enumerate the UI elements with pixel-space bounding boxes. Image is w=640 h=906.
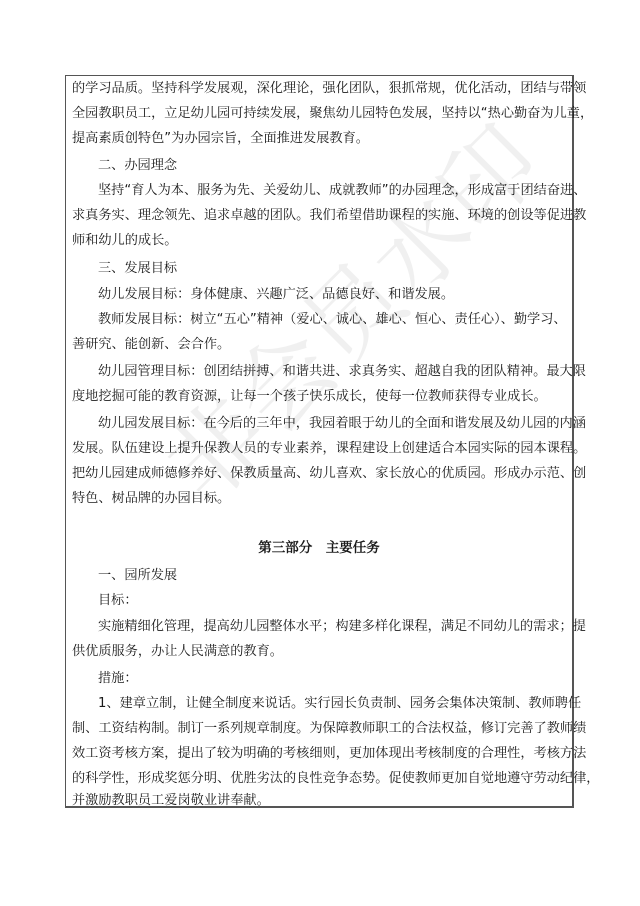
text-line: 求真务实、理念领先、追求卓越的团队。我们希望借助课程的实施、环境的创设等促进教	[72, 203, 586, 228]
text-line: 实施精细化管理，提高幼儿园整体水平；构建多样化课程，满足不同幼儿的需求；提	[98, 614, 586, 639]
text-line: 效工资考核方案，提出了较为明确的考核细则，更加体现出考核制度的合理性，考核方法	[72, 741, 586, 766]
text-line: 善研究、能创新、会合作。	[72, 332, 230, 357]
section-title: 第三部分 主要任务	[66, 536, 572, 561]
text-line: 制、工资结构制。制订一系列规章制度。为保障教师职工的合法权益，修订完善了教师绩	[72, 716, 586, 741]
document-text-box: 的学习品质。坚持科学发展观，深化理论，强化团队，狠抓常规，优化活动，团结与带领 …	[65, 75, 574, 808]
heading-goals: 三、发展目标	[98, 256, 177, 281]
text-line: 提高素质创特色”为办园宗旨，全面推进发展教育。	[72, 126, 369, 151]
text-line: 度地挖掘可能的教育资源，让每一个孩子快乐成长，使每一位教师获得专业成长。	[72, 384, 547, 409]
text-line: 1、建章立制，让健全制度来说话。实行园长负责制、园务会集体决策制、教师聘任	[98, 691, 581, 716]
text-line: 把幼儿园建成师德修养好、保教质量高、幼儿喜欢、家长放心的优质园。形成办示范、创	[72, 461, 586, 486]
label-goals: 目标：	[98, 588, 138, 613]
text-line: 幼儿发展目标：身体健康、兴趣广泛、品德良好、和谐发展。	[98, 282, 454, 307]
heading-campus-development: 一、园所发展	[98, 563, 177, 588]
text-line: 全园教职员工，立足幼儿园可持续发展，聚焦幼儿园特色发展，坚持以“热心勤奋为儿童，	[72, 101, 593, 126]
text-line: 的学习品质。坚持科学发展观，深化理论，强化团队，狠抓常规，优化活动，团结与带领	[72, 76, 586, 101]
text-line: 师和幼儿的成长。	[72, 228, 178, 253]
text-line: 幼儿园管理目标：创团结拼搏、和谐共进、求真务实、超越自我的团队精神。最大限	[98, 359, 586, 384]
heading-philosophy: 二、办园理念	[98, 153, 177, 178]
text-line: 幼儿园发展目标：在今后的三年中，我园着眼于幼儿的全面和谐发展及幼儿园的内涵	[98, 411, 586, 436]
text-line: 特色、树品牌的办园目标。	[72, 486, 230, 511]
text-line: 教师发展目标：树立“五心”精神（爱心、诚心、雄心、恒心、责任心）、勤学习、	[98, 307, 567, 332]
text-line: 坚持“育人为本、服务为先、关爱幼儿、成就教师”的办园理念，形成富于团结奋进、	[98, 178, 586, 203]
label-measures: 措施：	[98, 666, 138, 691]
text-line: 发展。队伍建设上提升保教人员的专业素养，课程建设上创建适合本园实际的园本课程。	[72, 436, 586, 461]
text-line: 并激励教职员工爱岗敬业讲奉献。	[72, 788, 270, 813]
text-line: 供优质服务，办让人民满意的教育。	[72, 639, 283, 664]
